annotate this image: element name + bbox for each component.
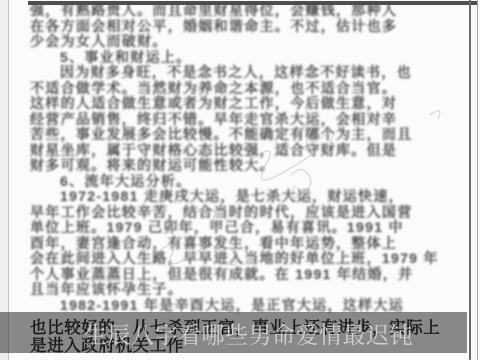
document-line: 不适合做学术。当然财为养命之本源，也不适合当官。 xyxy=(30,81,458,97)
document-line: 1972-1981 走庚戌大运，是七杀大运，财运快速， xyxy=(30,189,458,205)
document-line: 6、流年大运分析。 xyxy=(30,174,458,190)
document-line: 会在此间进入人生路，早早进入当地的好单位上班，1979 年 xyxy=(30,251,458,267)
document-line: 这样的人适合做生意或者为财之工作，今后做生意，对 xyxy=(30,96,458,112)
page-right-border-outer xyxy=(477,0,478,360)
scanned-document-page: 强，有熟路贵人。而且命里财星得位，会赚钱，那种人在各方面会相对公平，婚姻和谐命主… xyxy=(0,0,480,360)
document-line: 在各方面会相对公平，婚姻和谐命主。不过，估计也多 xyxy=(30,19,458,35)
document-line: 且当年应该怀孕生子。 xyxy=(30,282,458,298)
document-line: 少会为女人而破财。 xyxy=(30,34,458,50)
document-line: 1982-1991 年是辛酉大运，是正官大运，这样大运 xyxy=(30,298,458,314)
page-right-border xyxy=(469,0,471,360)
page-left-margin xyxy=(0,0,9,360)
document-line: 酉年，妻宫逢合动，有喜事发生，看中年运势，整体上 xyxy=(30,236,458,252)
document-line: 个人事业蒸蒸日上，但是很有成就。在 1991 年结婚，并 xyxy=(30,267,458,283)
document-lines: 强，有熟路贵人。而且命里财星得位，会赚钱，那种人在各方面会相对公平，婚姻和谐命主… xyxy=(30,3,458,313)
document-line: 早年工作会比较辛苦，结合当时的时代，应该是进入国营 xyxy=(30,205,458,221)
document-line: 5、事业和财运上。 xyxy=(30,50,458,66)
document-line: 经营产品销售，终归不错。早年走官杀大运，会相对辛 xyxy=(30,112,458,128)
document-line: 财多可观。将来的财运可能性较大。 xyxy=(30,158,458,174)
caption-title: 生辰八字看哪些男命爱情最迟钝 xyxy=(84,317,413,350)
document-line: 财星坐库，属于守财格心态比较强，适合守财库。但是 xyxy=(30,143,458,159)
document-line: 单位上班。1979 己卯年，甲己合，易有喜讯。1991 中 xyxy=(30,220,458,236)
document-line: 苦些，事业发展多会比较慢。不能确定有哪个为主，而且 xyxy=(30,127,458,143)
document-line: 强，有熟路贵人。而且命里财星得位，会赚钱，那种人 xyxy=(30,3,458,19)
document-line: 因为财多身旺，不是念书之人，这样念不好读书，也 xyxy=(30,65,458,81)
